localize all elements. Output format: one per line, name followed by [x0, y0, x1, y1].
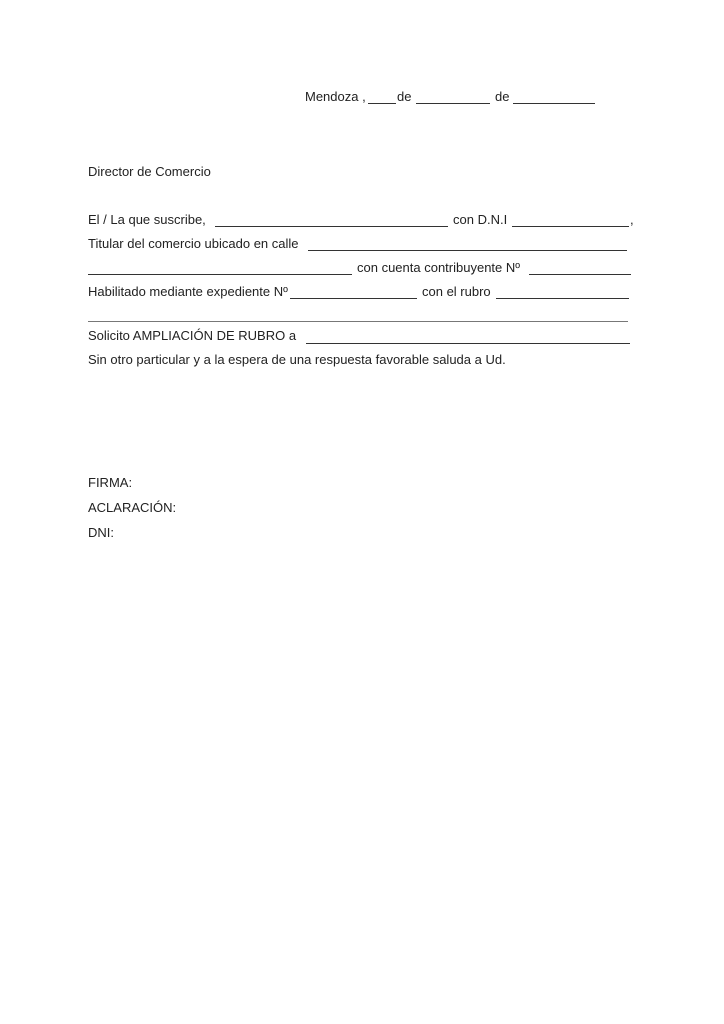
ampliacion-field[interactable] [306, 343, 630, 344]
contribuyente-field[interactable] [529, 274, 631, 275]
suscribe-label: El / La que suscribe, [88, 211, 206, 229]
expediente-field[interactable] [290, 298, 417, 299]
de-label-1: de [397, 88, 411, 106]
rubro-field-continued[interactable] [88, 321, 628, 322]
rubro-label: con el rubro [422, 283, 491, 301]
dni-signature-label: DNI: [88, 524, 114, 542]
expediente-label: Habilitado mediante expediente Nº [88, 283, 288, 301]
calle-field[interactable] [308, 250, 627, 251]
day-field[interactable] [368, 103, 396, 104]
dni-field[interactable] [512, 226, 629, 227]
calle-label: Titular del comercio ubicado en calle [88, 235, 299, 253]
year-field[interactable] [513, 103, 595, 104]
name-field[interactable] [215, 226, 448, 227]
comma: , [630, 211, 634, 229]
month-field[interactable] [416, 103, 490, 104]
aclaracion-label: ACLARACIÓN: [88, 499, 176, 517]
recipient: Director de Comercio [88, 163, 211, 181]
calle-field-continued[interactable] [88, 274, 352, 275]
city-label: Mendoza , [305, 88, 366, 106]
contribuyente-label: con cuenta contribuyente Nº [357, 259, 520, 277]
closing-text: Sin otro particular y a la espera de una… [88, 351, 506, 369]
firma-label: FIRMA: [88, 474, 132, 492]
rubro-field[interactable] [496, 298, 629, 299]
dni-label: con D.N.I [453, 211, 507, 229]
ampliacion-label: Solicito AMPLIACIÓN DE RUBRO a [88, 327, 296, 345]
de-label-2: de [495, 88, 509, 106]
